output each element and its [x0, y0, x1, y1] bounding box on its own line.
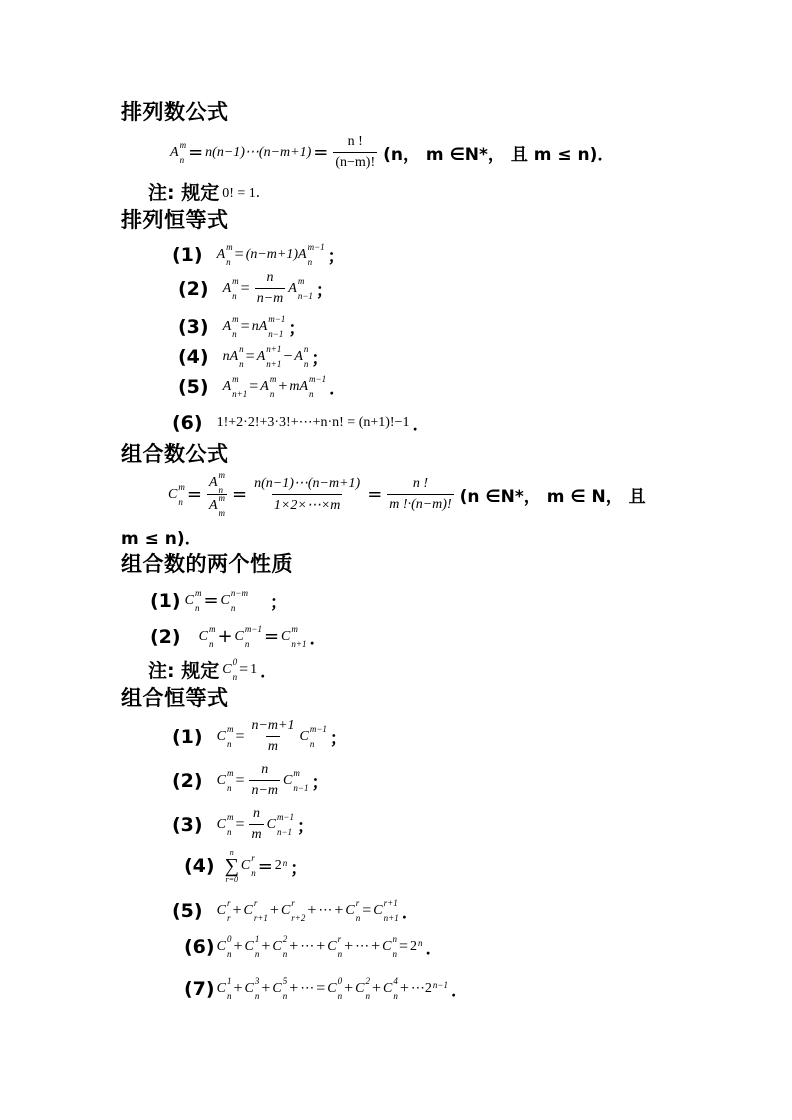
punctuation: ．: [402, 898, 419, 923]
subscript: r: [227, 914, 231, 923]
combination-formula: Cmn = Amn Amm = n(n−1)⋯(n−m+1) 1×2×⋯×m =…: [168, 474, 646, 515]
permutation-note: 注: 规定 0! = 1．: [148, 178, 270, 205]
punctuation: ；: [311, 768, 328, 793]
equals-sign: =: [258, 856, 273, 877]
equals-sign: =: [362, 902, 371, 920]
superscript: m−1: [277, 813, 294, 822]
superscript: n: [393, 935, 398, 944]
superscript-only: n−1: [433, 984, 448, 993]
fraction: nm: [249, 806, 263, 843]
superscript: m: [227, 725, 234, 734]
sup-sub: r+1n+1: [384, 902, 399, 920]
symbol-c: C: [327, 981, 336, 997]
superscript: m: [298, 277, 313, 286]
equals-sign: =: [203, 590, 218, 611]
punctuation: ；: [328, 242, 345, 267]
symbol-c: C: [283, 773, 292, 789]
comb-identity-6: (6) C0n + C1n + C2n + ⋯ + Crn + ⋯ + Cnn …: [184, 934, 443, 959]
combination-condition-continued: m ≤ n)．: [121, 524, 202, 549]
equals-sign: =: [249, 378, 258, 396]
subscript: n: [283, 950, 288, 959]
perm-identity-2: (2) Amn = nn−m Amn−1 ；: [178, 270, 333, 307]
item-label: (2): [178, 278, 209, 300]
superscript: m: [232, 277, 239, 286]
subscript: n+1: [384, 914, 399, 923]
subscript: n: [365, 992, 370, 1001]
base: 2: [425, 981, 432, 997]
perm-identity-4: (4) nAnn = An+1n+1 − Ann ；: [178, 344, 328, 369]
superscript: m−1: [310, 725, 327, 734]
item-label: (4): [178, 346, 209, 368]
perm-identity-6: (6) 1!+2·2!+3·3!+⋯+n·n! = (n+1)!−1 ．: [172, 410, 429, 435]
sup-sub: 3n: [255, 980, 260, 998]
sup-sub: 1n: [255, 938, 260, 956]
symbol-c: C: [281, 903, 290, 919]
item-label: (1): [150, 590, 181, 612]
subscript: n: [338, 950, 343, 959]
item-label: (4): [184, 855, 215, 877]
sup-sub: 0n: [227, 938, 232, 956]
sup-sub: mn+1: [291, 628, 306, 646]
fraction: n ! m !·(n−m)!: [387, 476, 453, 513]
sup-sub: 0n: [338, 980, 343, 998]
punctuation: ；: [297, 812, 314, 837]
sup-sub: 2n: [283, 938, 288, 956]
sup-sub: mn: [227, 772, 234, 790]
formula: Amn = nn−m Amn−1: [223, 270, 313, 307]
sup-sub: rn: [338, 938, 343, 956]
superscript: 0: [233, 658, 238, 667]
comb-property-1: (1) Cmn = Cn−mn ；: [150, 588, 287, 613]
subscript: n: [308, 258, 325, 267]
symbol-a: A: [288, 281, 297, 297]
condition-text: (n， m ∈N*， 且 m ≤ n)．: [383, 140, 614, 165]
formula: nAnn = An+1n+1 − Ann: [223, 348, 309, 366]
plus-sign: +: [371, 938, 380, 956]
denominator: 1×2×⋯×m: [272, 494, 342, 514]
coefficient: n: [252, 319, 259, 335]
item-label: (5): [178, 376, 209, 398]
plus-sign: +: [217, 626, 232, 647]
symbol-c: C: [217, 729, 226, 745]
subscript: m: [219, 509, 226, 518]
superscript: m: [232, 375, 247, 384]
subscript: n: [283, 992, 288, 1001]
equals-sign: =: [235, 772, 244, 790]
equals-sign: =: [241, 280, 250, 298]
note-formula: C0n = 1: [222, 661, 257, 679]
symbol-c: C: [327, 939, 336, 955]
punctuation: ．: [260, 657, 277, 682]
formula: Cmn = Cn−mn: [185, 590, 248, 611]
superscript: m−1: [309, 375, 326, 384]
subscript: n+1: [232, 390, 247, 399]
sup-sub: 1n: [227, 980, 232, 998]
sup-sub: mn−1: [293, 772, 308, 790]
superscript: n+1: [266, 345, 281, 354]
sup-sub: mn: [226, 246, 233, 264]
superscript: m: [227, 769, 234, 778]
item-label: (1): [172, 244, 203, 266]
subscript: r+2: [291, 914, 305, 923]
superscript: m: [180, 141, 187, 150]
symbol-c: C: [241, 858, 250, 874]
comb-property-2: (2) Cmn + Cm−1n = Cmn+1 ．: [150, 624, 326, 649]
symbol-c: C: [345, 903, 354, 919]
symbol-c: C: [272, 939, 281, 955]
item-label: (6): [184, 936, 215, 958]
coefficient: m: [289, 379, 299, 395]
coefficient: n: [223, 349, 230, 365]
comb-identity-5: (5) Crr + Crr+1 + Crr+2 + ⋯ + Crn = Cr+1…: [172, 898, 419, 923]
factor: (n−m+1): [246, 247, 298, 263]
sup-sub: m−1n−1: [277, 816, 294, 834]
subscript: n: [227, 740, 234, 749]
subscript: n: [251, 869, 256, 878]
superscript: m−1: [268, 315, 285, 324]
heading-combination-identities: 组合恒等式: [121, 686, 229, 710]
symbol-c: C: [373, 903, 382, 919]
sup-sub: mn−1: [298, 280, 313, 298]
sup-sub: rr: [227, 902, 231, 920]
sup-sub: rn: [356, 902, 361, 920]
comb-identity-1: (1) Cmn = n−m+1m Cm−1n ；: [172, 718, 347, 755]
perm-identity-5: (5) Amn+1 = Amn + mAm−1n ．: [178, 374, 346, 399]
subscript: r+1: [254, 914, 268, 923]
superscript: 2: [365, 977, 370, 986]
symbol-a: A: [259, 319, 268, 335]
formula: Cmn = n−m+1m Cm−1n: [217, 718, 327, 755]
punctuation: ．: [426, 934, 443, 959]
sup-sub: mn: [227, 816, 234, 834]
ellipsis: ⋯: [318, 902, 332, 919]
perm-identity-3: (3) Amn = nAm−1n−1 ；: [178, 314, 305, 339]
sup-sub: n+1n+1: [266, 348, 281, 366]
subscript: n+1: [266, 360, 281, 369]
sup-sub: nn: [393, 938, 398, 956]
note-label: 注: 规定: [148, 656, 219, 683]
fraction: nn−m: [249, 762, 280, 799]
equals-sign: =: [264, 626, 279, 647]
superscript: m: [227, 813, 234, 822]
combination-note: 注: 规定 C0n = 1 ．: [148, 656, 277, 683]
symbol-c: C: [244, 981, 253, 997]
perm-identity-1: (1) Amn = (n−m+1) Am−1n ；: [172, 242, 345, 267]
superscript: n: [304, 345, 309, 354]
numerator: n !: [411, 476, 430, 494]
equals-sign: =: [188, 142, 203, 163]
sup-sub: 2n: [365, 980, 370, 998]
symbol-c: C: [235, 629, 244, 645]
sup-sub: m−1n: [308, 246, 325, 264]
equals-sign: =: [399, 938, 408, 956]
subscript: n: [227, 784, 234, 793]
subscript: n: [233, 673, 238, 682]
superscript: r: [356, 899, 361, 908]
equals-sign: =: [313, 142, 328, 163]
symbol-c: C: [168, 487, 177, 503]
subscript: n: [178, 498, 185, 507]
sup-sub: mn: [178, 486, 185, 504]
punctuation: ．: [329, 374, 346, 399]
superscript: m: [232, 315, 239, 324]
symbol-c: C: [299, 729, 308, 745]
symbol-a: A: [299, 379, 308, 395]
permutation-formula: A mn = n(n−1)⋯(n−m+1) = n ! (n−m)! (n， m…: [170, 134, 614, 171]
symbol-a: A: [170, 145, 179, 161]
punctuation: ；: [270, 588, 287, 613]
sup-sub: 4n: [393, 980, 398, 998]
superscript: 4: [393, 977, 398, 986]
symbol-c: C: [383, 981, 392, 997]
formula: Crr + Crr+1 + Crr+2 + ⋯ + Crn = Cr+1n+1: [217, 902, 399, 920]
formula: 1!+2·2!+3·3!+⋯+n·n! = (n+1)!−1: [217, 414, 410, 431]
fraction: n(n−1)⋯(n−m+1) 1×2×⋯×m: [252, 475, 362, 514]
symbol-c: C: [222, 662, 231, 678]
ellipsis: ⋯: [411, 980, 425, 997]
formula: n ∑ r=0 Crn = 2n: [225, 848, 288, 884]
symbol-a: A: [294, 349, 303, 365]
plus-sign: +: [270, 902, 279, 920]
base: 2: [275, 858, 282, 874]
ellipsis: ⋯: [355, 938, 369, 955]
sup-sub: m−1n: [245, 628, 262, 646]
item-label: (6): [172, 412, 203, 434]
subscript: n+1: [291, 640, 306, 649]
subscript: n: [310, 740, 327, 749]
punctuation: ；: [311, 344, 328, 369]
numerator: n(n−1)⋯(n−m+1): [252, 475, 362, 494]
subscript: n−1: [293, 784, 308, 793]
value: 1: [250, 662, 257, 678]
symbol-a: A: [223, 379, 232, 395]
formula: C0n + C1n + C2n + ⋯ + Crn + ⋯ + Cnn = 2n: [217, 938, 423, 956]
plus-sign: +: [316, 938, 325, 956]
symbol-a: A: [217, 247, 226, 263]
comb-identity-7: (7) C1n + C3n + C5n + ⋯ = C0n + C2n + C4…: [184, 976, 468, 1001]
symbol-c: C: [244, 939, 253, 955]
symbol-a: A: [223, 319, 232, 335]
numerator: n !: [346, 134, 365, 152]
subscript: n: [227, 828, 234, 837]
superscript: r: [251, 854, 256, 863]
subscript: n: [180, 156, 187, 165]
superscript: m: [195, 589, 202, 598]
denominator: Amm: [207, 494, 227, 515]
subscript: n: [270, 390, 277, 399]
sup-sub: rr+2: [291, 902, 305, 920]
product-expression: n(n−1)⋯(n−m+1): [205, 144, 311, 161]
superscript: 5: [283, 977, 288, 986]
fraction: nn−m: [255, 270, 286, 307]
formula-expression: Cmn = Amn Amm = n(n−1)⋯(n−m+1) 1×2×⋯×m =…: [168, 474, 457, 515]
formula: Amn = nAm−1n−1: [223, 318, 286, 336]
item-label: (2): [172, 770, 203, 792]
plus-sign: +: [232, 902, 241, 920]
formula: Cmn = nn−m Cmn−1: [217, 762, 309, 799]
subscript: n: [226, 258, 233, 267]
sup-sub: mn: [219, 474, 226, 492]
item-label: (3): [172, 814, 203, 836]
superscript-only: n: [418, 942, 423, 951]
punctuation: ；: [316, 276, 333, 301]
superscript: 2: [283, 935, 288, 944]
symbol-c: C: [217, 903, 226, 919]
equals-sign: =: [316, 980, 325, 998]
numerator: n−m+1: [249, 718, 296, 736]
punctuation: ．: [412, 410, 429, 435]
sup-sub: m−1n: [309, 378, 326, 396]
symbol-a: A: [257, 349, 266, 365]
superscript: r: [291, 899, 305, 908]
numerator: n: [251, 806, 262, 824]
heading-combination-formula: 组合数公式: [121, 442, 229, 466]
superscript: m: [209, 625, 216, 634]
superscript: m: [219, 494, 226, 503]
sup-sub: m−1n−1: [268, 318, 285, 336]
punctuation: ；: [330, 724, 347, 749]
superscript: n: [239, 345, 244, 354]
plus-sign: +: [289, 938, 298, 956]
subscript: n: [393, 950, 398, 959]
symbol-a: A: [209, 475, 218, 490]
sup-sub: mn: [232, 280, 239, 298]
symbol-c: C: [243, 903, 252, 919]
sup-sub: mn: [195, 592, 202, 610]
punctuation: ．: [309, 624, 326, 649]
fraction: Amn Amm: [207, 474, 227, 515]
comb-identity-3: (3) Cmn = nm Cm−1n−1 ；: [172, 806, 314, 843]
superscript: m−1: [245, 625, 262, 634]
sup-sub: nn: [304, 348, 309, 366]
sup-sub: mn: [180, 144, 187, 162]
equals-sign: =: [367, 484, 382, 505]
symbol-c: C: [221, 593, 230, 609]
symbol-c: C: [199, 629, 208, 645]
item-label: (3): [178, 316, 209, 338]
symbol-c: C: [217, 981, 226, 997]
symbol-c: C: [281, 629, 290, 645]
minus-sign: −: [283, 348, 292, 366]
punctuation: ；: [288, 314, 305, 339]
formula: C1n + C3n + C5n + ⋯ = C0n + C2n + C4n + …: [217, 980, 448, 998]
heading-combination-properties: 组合数的两个性质: [121, 552, 293, 576]
symbol-a: A: [209, 498, 218, 513]
plus-sign: +: [372, 980, 381, 998]
equals-sign: =: [187, 484, 202, 505]
superscript: n: [283, 859, 288, 868]
symbol-a: A: [230, 349, 239, 365]
fraction: n−m+1m: [249, 718, 296, 755]
denominator: m !·(n−m)!: [387, 494, 453, 513]
subscript: n: [304, 360, 309, 369]
superscript: n−1: [433, 981, 448, 990]
item-label: (1): [172, 726, 203, 748]
plus-sign: +: [278, 378, 287, 396]
sup-sub: mm: [219, 497, 226, 515]
symbol-a: A: [223, 281, 232, 297]
sup-sub: rr+1: [254, 902, 268, 920]
condition-text: m ≤ n)．: [121, 524, 202, 549]
superscript: m: [291, 625, 306, 634]
superscript: m: [293, 769, 308, 778]
superscript: 0: [227, 935, 232, 944]
superscript: m: [178, 483, 185, 492]
superscript: m: [226, 243, 233, 252]
symbol-c: C: [382, 939, 391, 955]
superscript: 0: [338, 977, 343, 986]
subscript: n: [356, 914, 361, 923]
plus-sign: +: [233, 980, 242, 998]
sup-sub: n−mn: [231, 592, 248, 610]
numerator: n: [259, 762, 270, 780]
denominator: (n−m)!: [333, 152, 377, 171]
equals-sign: =: [239, 661, 248, 679]
ellipsis: ⋯: [300, 938, 314, 955]
subscript: n−1: [277, 828, 294, 837]
symbol-c: C: [185, 593, 194, 609]
plus-sign: +: [307, 902, 316, 920]
formula-expression: A mn = n(n−1)⋯(n−m+1) = n ! (n−m)!: [170, 134, 380, 171]
subscript: n: [231, 604, 248, 613]
superscript: m: [270, 375, 277, 384]
sup-sub: nn: [239, 348, 244, 366]
punctuation: ；: [290, 854, 307, 879]
subscript: n: [232, 330, 239, 339]
equals-sign: =: [246, 348, 255, 366]
denominator: m: [249, 824, 263, 843]
subscript: n−1: [298, 292, 313, 301]
item-label: (5): [172, 900, 203, 922]
sup-sub: mn: [232, 318, 239, 336]
equals-sign: =: [232, 484, 247, 505]
condition-text: (n ∈N*， m ∈ N， 且: [460, 482, 646, 507]
comb-identity-2: (2) Cmn = nn−m Cmn−1 ；: [172, 762, 328, 799]
superscript: 1: [255, 935, 260, 944]
superscript: r: [254, 899, 268, 908]
plus-sign: +: [289, 980, 298, 998]
subscript: n: [255, 992, 260, 1001]
numerator: n: [264, 270, 275, 288]
superscript: r: [338, 935, 343, 944]
base: 2: [410, 939, 417, 955]
superscript: m−1: [308, 243, 325, 252]
sum-lower-limit: r=0: [225, 875, 238, 884]
superscript: r+1: [384, 899, 399, 908]
subscript: n: [245, 640, 262, 649]
sup-sub: m−1n: [310, 728, 327, 746]
plus-sign: +: [334, 902, 343, 920]
item-label: (7): [184, 978, 215, 1000]
subscript: n: [232, 292, 239, 301]
plus-sign: +: [400, 980, 409, 998]
formula: Cmn + Cm−1n = Cmn+1: [199, 626, 307, 647]
equals-sign: =: [235, 246, 244, 264]
plus-sign: +: [261, 938, 270, 956]
equals-sign: =: [241, 318, 250, 336]
subscript: n: [309, 390, 326, 399]
subscript: n: [239, 360, 244, 369]
symbol-c: C: [355, 981, 364, 997]
subscript: n: [209, 640, 216, 649]
symbol-c: C: [272, 981, 281, 997]
subscript: n: [195, 604, 202, 613]
punctuation: ．: [451, 976, 468, 1001]
heading-permutation-formula: 排列数公式: [121, 100, 229, 124]
symbol-c: C: [267, 817, 276, 833]
symbol-c: C: [217, 939, 226, 955]
formula: Amn+1 = Amn + mAm−1n: [223, 378, 327, 396]
